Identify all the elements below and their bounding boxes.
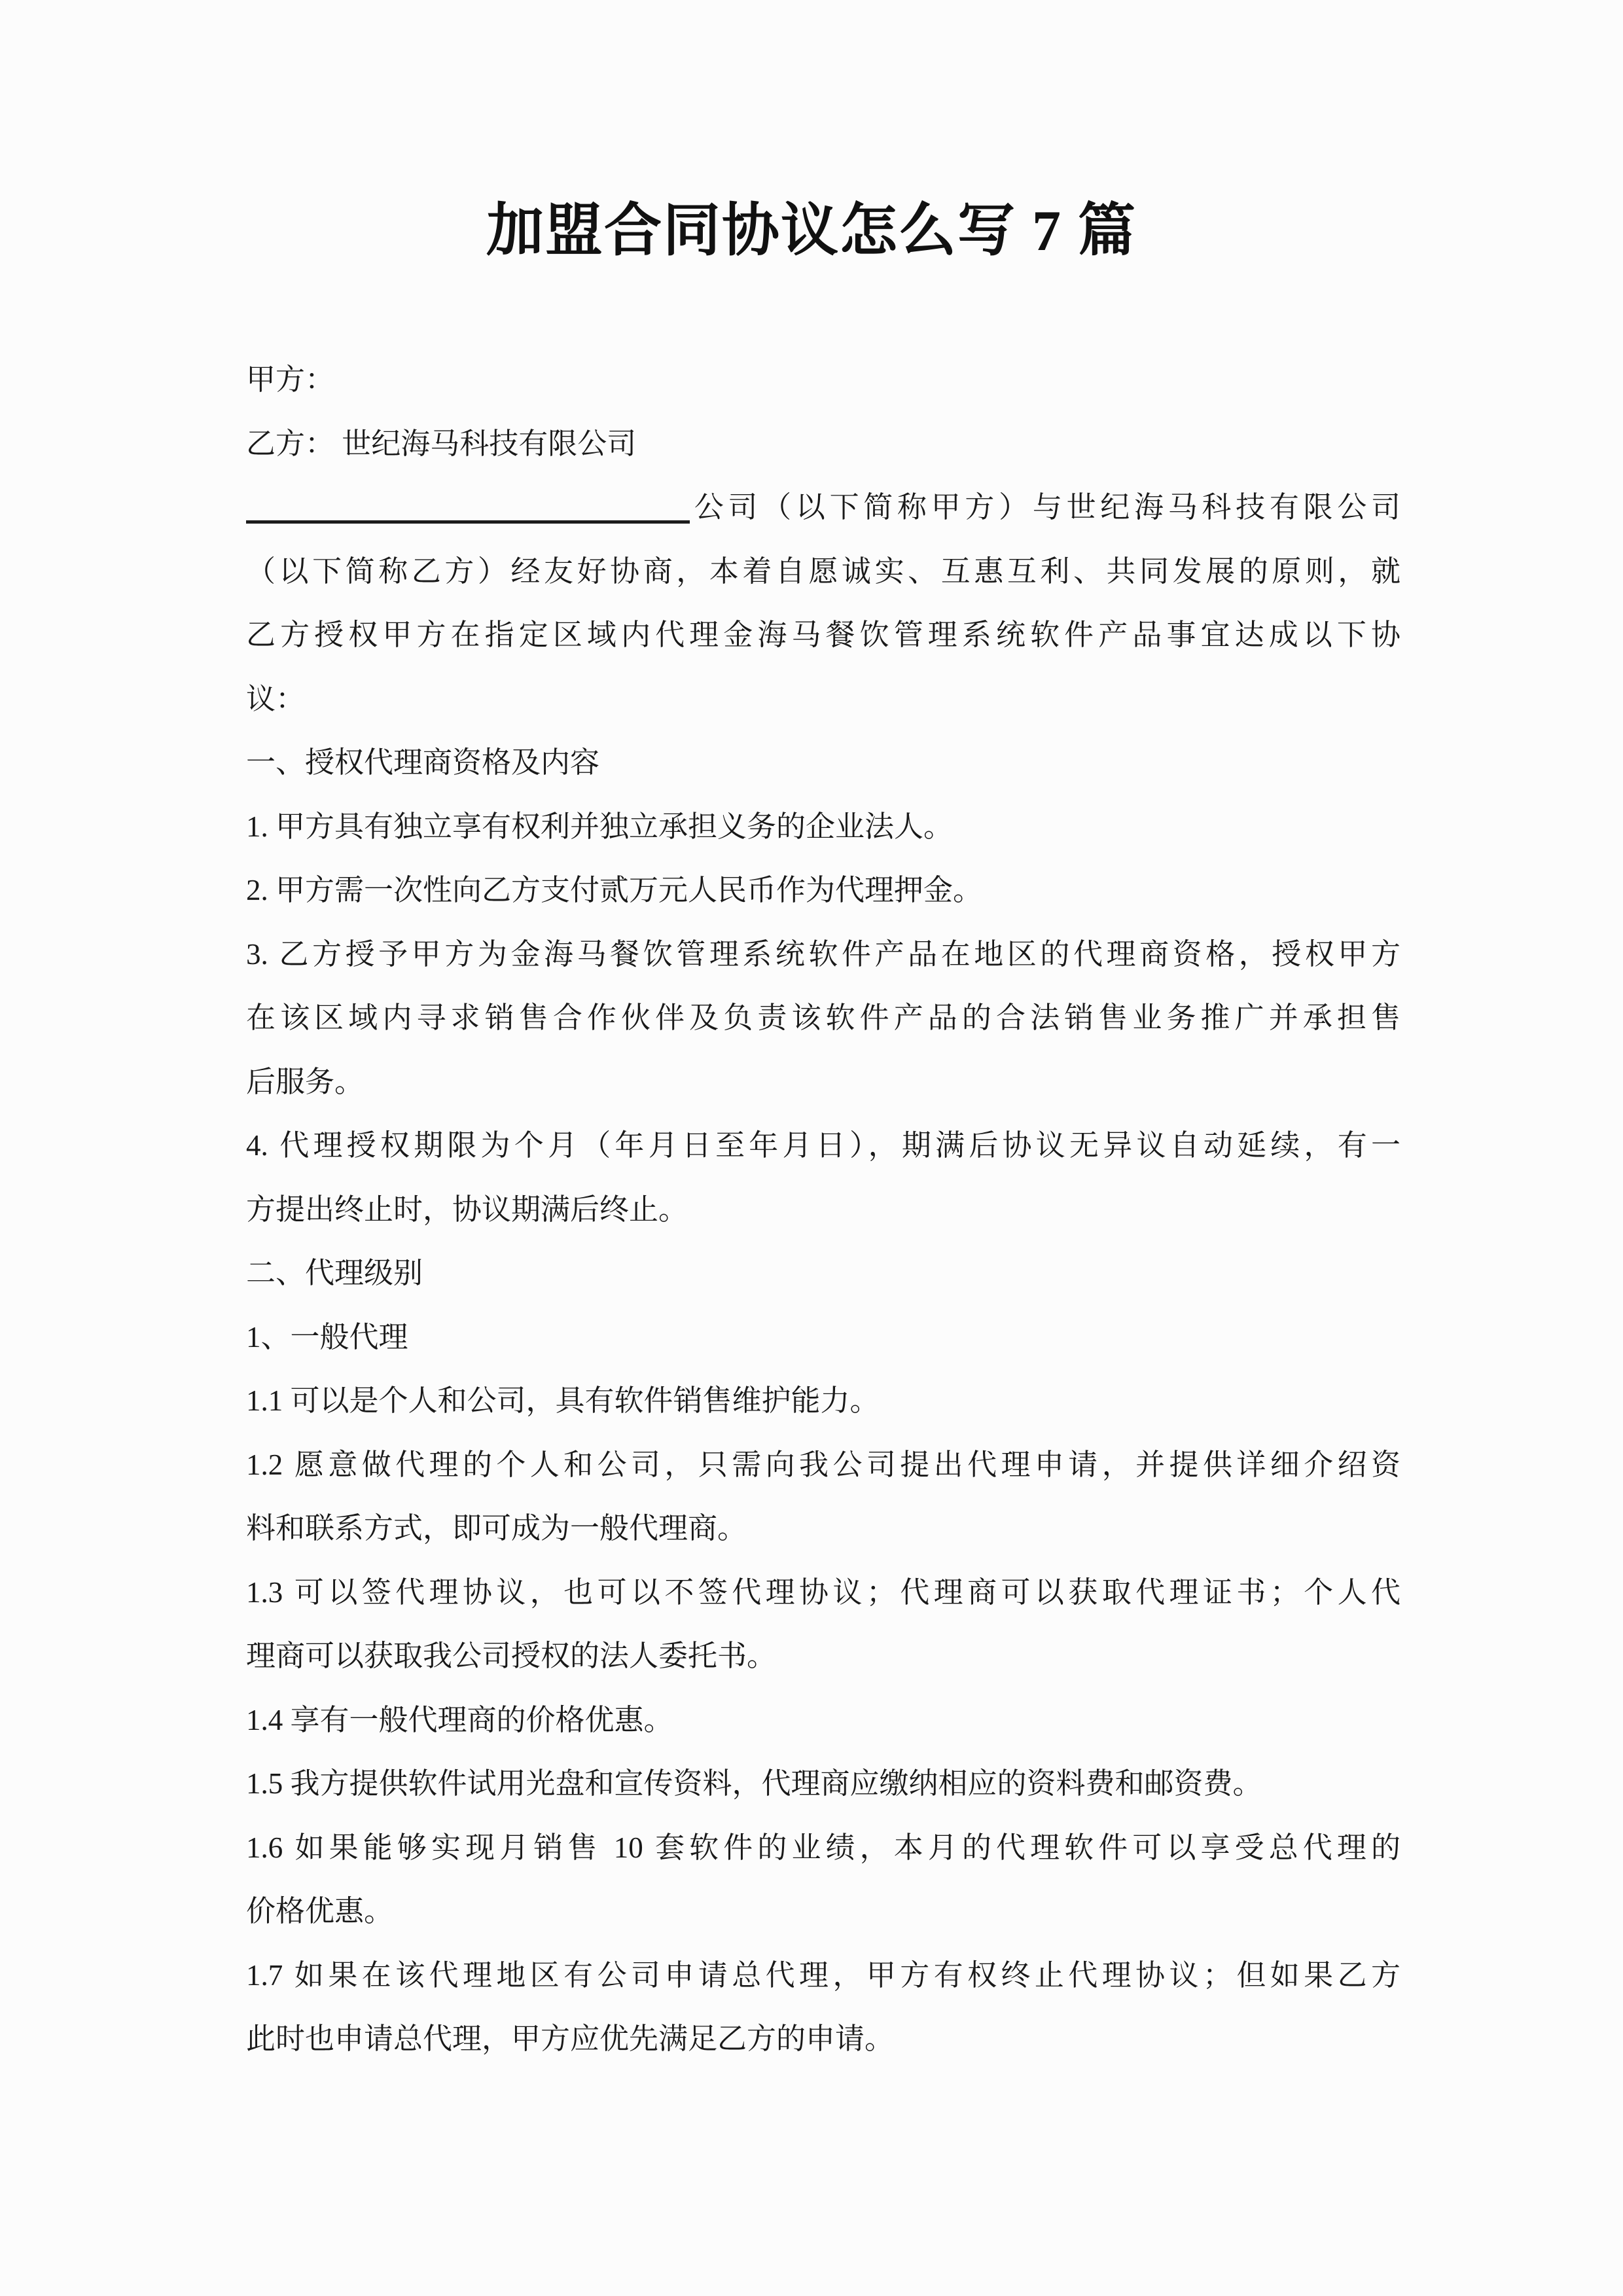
- text-line-text: 乙方授权甲方在指定区域内代理金海马餐饮管理系统软件产品事宜达成以下协: [246, 619, 1400, 651]
- text-line: 1、一般代理: [246, 1306, 1400, 1370]
- text-line-text: 1.3 可以签代理协议，也可以不签代理协议；代理商可以获取代理证书；个人代: [246, 1576, 1400, 1609]
- text-line-text: 4. 代理授权期限为个月（年月日至年月日），期满后协议无异议自动延续，有一: [246, 1129, 1400, 1162]
- text-line-text: 2. 甲方需一次性向乙方支付贰万元人民币作为代理押金。: [246, 874, 982, 906]
- text-line-text: 此时也申请总代理，甲方应优先满足乙方的申请。: [246, 2022, 894, 2055]
- text-line-text: 1.4 享有一般代理商的价格优惠。: [246, 1704, 673, 1736]
- text-line-text: 后服务。: [246, 1066, 364, 1098]
- text-line: 1.1 可以是个人和公司，具有软件销售维护能力。: [246, 1369, 1400, 1433]
- text-line: 1.6 如果能够实现月销售 10 套软件的业绩，本月的代理软件可以享受总代理的: [246, 1816, 1400, 1880]
- text-line: 此时也申请总代理，甲方应优先满足乙方的申请。: [246, 2007, 1400, 2072]
- text-line: 料和联系方式，即可成为一般代理商。: [246, 1497, 1400, 1561]
- text-line-text: 二、代理级别: [246, 1257, 423, 1289]
- text-line-text: 议：: [246, 683, 305, 715]
- text-line: 1.4 享有一般代理商的价格优惠。: [246, 1689, 1400, 1753]
- text-line: 1.3 可以签代理协议，也可以不签代理协议；代理商可以获取代理证书；个人代: [246, 1561, 1400, 1625]
- text-line: 2. 甲方需一次性向乙方支付贰万元人民币作为代理押金。: [246, 859, 1400, 923]
- text-line-text: 公司（以下简称甲方）与世纪海马科技有限公司: [690, 491, 1400, 524]
- text-line: （以下简称乙方）经友好协商，本着自愿诚实、互惠互利、共同发展的原则，就: [246, 540, 1400, 604]
- text-line-text: 1.7 如果在该代理地区有公司申请总代理，甲方有权终止代理协议；但如果乙方: [246, 1959, 1400, 1992]
- text-line: 在该区域内寻求销售合作伙伴及负责该软件产品的合法销售业务推广并承担售: [246, 986, 1400, 1050]
- text-line-text: 在该区域内寻求销售合作伙伴及负责该软件产品的合法销售业务推广并承担售: [246, 1001, 1400, 1034]
- text-line: 1.2 愿意做代理的个人和公司，只需向我公司提出代理申请，并提供详细介绍资: [246, 1433, 1400, 1498]
- text-line-text: 价格优惠。: [246, 1895, 393, 1928]
- text-line: 理商可以获取我公司授权的法人委托书。: [246, 1624, 1400, 1689]
- text-line: 1.7 如果在该代理地区有公司申请总代理，甲方有权终止代理协议；但如果乙方: [246, 1944, 1400, 2008]
- text-line: 议：: [246, 668, 1400, 732]
- text-line: 方提出终止时，协议期满后终止。: [246, 1178, 1400, 1242]
- text-line-text: 1.6 如果能够实现月销售 10 套软件的业绩，本月的代理软件可以享受总代理的: [246, 1831, 1400, 1864]
- text-line-text: 1.2 愿意做代理的个人和公司，只需向我公司提出代理申请，并提供详细介绍资: [246, 1448, 1400, 1481]
- text-line-text: 1. 甲方具有独立享有权利并独立承担义务的企业法人。: [246, 810, 953, 843]
- fill-in-blank-underline: [246, 520, 690, 524]
- text-line: 4. 代理授权期限为个月（年月日至年月日），期满后协议无异议自动延续，有一: [246, 1114, 1400, 1178]
- text-line-text: 乙方： 世纪海马科技有限公司: [246, 427, 636, 460]
- text-line: 乙方： 世纪海马科技有限公司: [246, 412, 1400, 476]
- text-line-text: 1.1 可以是个人和公司，具有软件销售维护能力。: [246, 1384, 880, 1417]
- text-line: 3. 乙方授予甲方为金海马餐饮管理系统软件产品在地区的代理商资格，授权甲方: [246, 923, 1400, 987]
- document-page: 加盟合同协议怎么写 7 篇 甲方：乙方： 世纪海马科技有限公司公司（以下简称甲方…: [0, 0, 1623, 2296]
- text-line-text: 一、授权代理商资格及内容: [246, 746, 599, 779]
- text-line-text: 料和联系方式，即可成为一般代理商。: [246, 1512, 747, 1545]
- text-line-text: 甲方：: [246, 363, 334, 396]
- text-line-text: （以下简称乙方）经友好协商，本着自愿诚实、互惠互利、共同发展的原则，就: [246, 555, 1400, 588]
- text-line: 乙方授权甲方在指定区域内代理金海马餐饮管理系统软件产品事宜达成以下协: [246, 603, 1400, 668]
- text-line: 二、代理级别: [246, 1242, 1400, 1306]
- text-line-text: 3. 乙方授予甲方为金海马餐饮管理系统软件产品在地区的代理商资格，授权甲方: [246, 938, 1400, 971]
- document-title: 加盟合同协议怎么写 7 篇: [0, 200, 1623, 264]
- text-line: 1.5 我方提供软件试用光盘和宣传资料，代理商应缴纳相应的资料费和邮资费。: [246, 1752, 1400, 1816]
- text-line: 公司（以下简称甲方）与世纪海马科技有限公司: [246, 476, 1400, 540]
- text-line-text: 方提出终止时，协议期满后终止。: [246, 1193, 688, 1226]
- text-line: 1. 甲方具有独立享有权利并独立承担义务的企业法人。: [246, 795, 1400, 859]
- text-line-text: 理商可以获取我公司授权的法人委托书。: [246, 1640, 776, 1672]
- text-line: 价格优惠。: [246, 1880, 1400, 1944]
- text-line-text: 1.5 我方提供软件试用光盘和宣传资料，代理商应缴纳相应的资料费和邮资费。: [246, 1767, 1262, 1800]
- document-body: 甲方：乙方： 世纪海马科技有限公司公司（以下简称甲方）与世纪海马科技有限公司（以…: [246, 348, 1400, 2072]
- text-line: 一、授权代理商资格及内容: [246, 731, 1400, 795]
- text-line: 后服务。: [246, 1050, 1400, 1115]
- text-line: 甲方：: [246, 348, 1400, 412]
- text-line-text: 1、一般代理: [246, 1321, 408, 1354]
